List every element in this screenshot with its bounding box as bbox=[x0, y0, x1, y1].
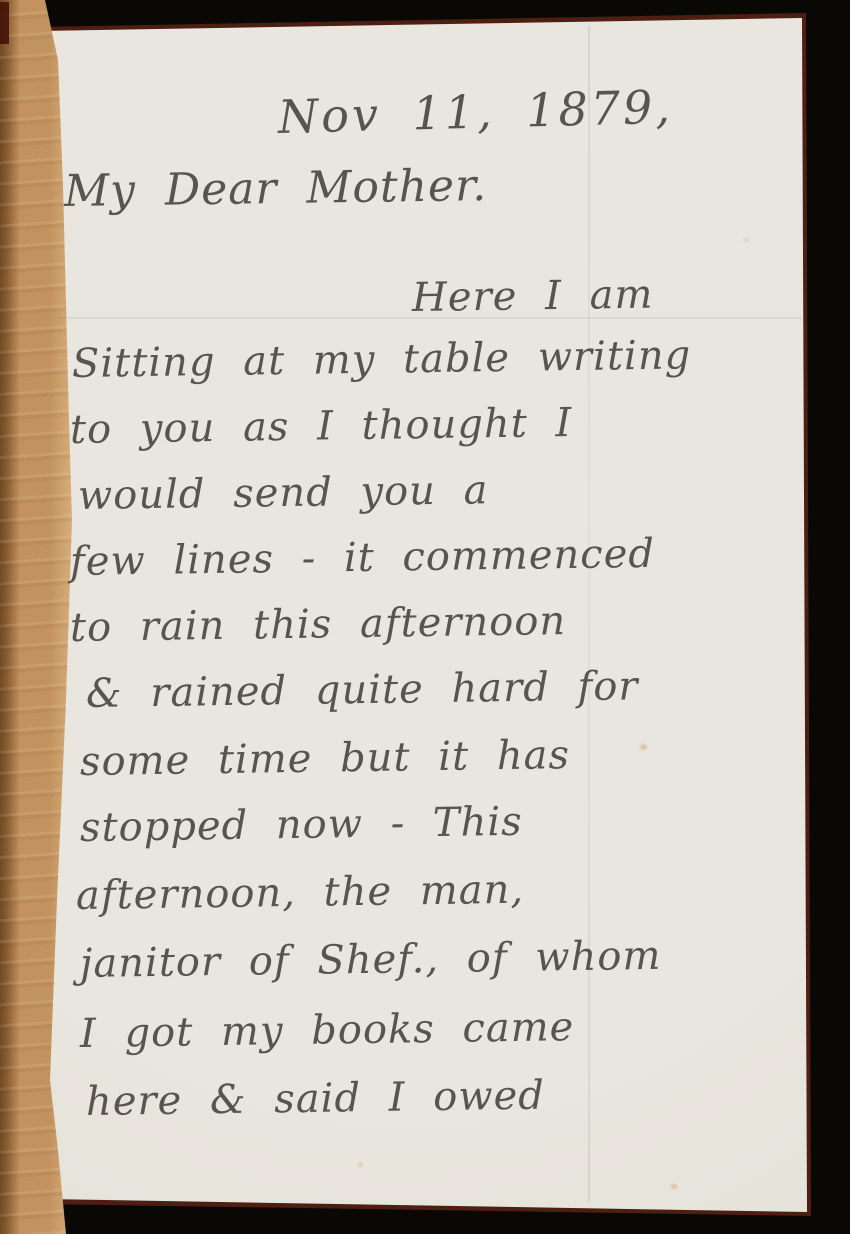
scan-background: Nov 11, 1879, My Dear Mother. Here I am … bbox=[0, 0, 850, 1234]
handwritten-line: Sitting at my table writing bbox=[72, 333, 692, 386]
handwritten-line: stopped now - This bbox=[80, 800, 523, 850]
handwritten-line: here & said I owed bbox=[86, 1074, 545, 1124]
letter-salutation: My Dear Mother. bbox=[64, 162, 488, 216]
handwritten-line: few lines - it commenced bbox=[70, 532, 656, 584]
handwritten-line: janitor of Shef., of whom bbox=[80, 934, 662, 986]
handwritten-line: & rained quite hard for bbox=[86, 664, 639, 716]
letter-date: Nov 11, 1879, bbox=[277, 82, 673, 143]
handwritten-line: to rain this afternoon bbox=[70, 599, 567, 650]
handwriting-layer: Nov 11, 1879, My Dear Mother. Here I am … bbox=[0, 0, 850, 1234]
handwritten-line: afternoon, the man, bbox=[76, 868, 525, 918]
handwritten-line: would send you a bbox=[78, 468, 489, 518]
handwritten-line: I got my books came bbox=[80, 1005, 575, 1056]
handwritten-line: Here I am bbox=[412, 273, 654, 320]
handwritten-line: some time but it has bbox=[80, 733, 571, 784]
handwritten-line: to you as I thought I bbox=[70, 401, 573, 452]
